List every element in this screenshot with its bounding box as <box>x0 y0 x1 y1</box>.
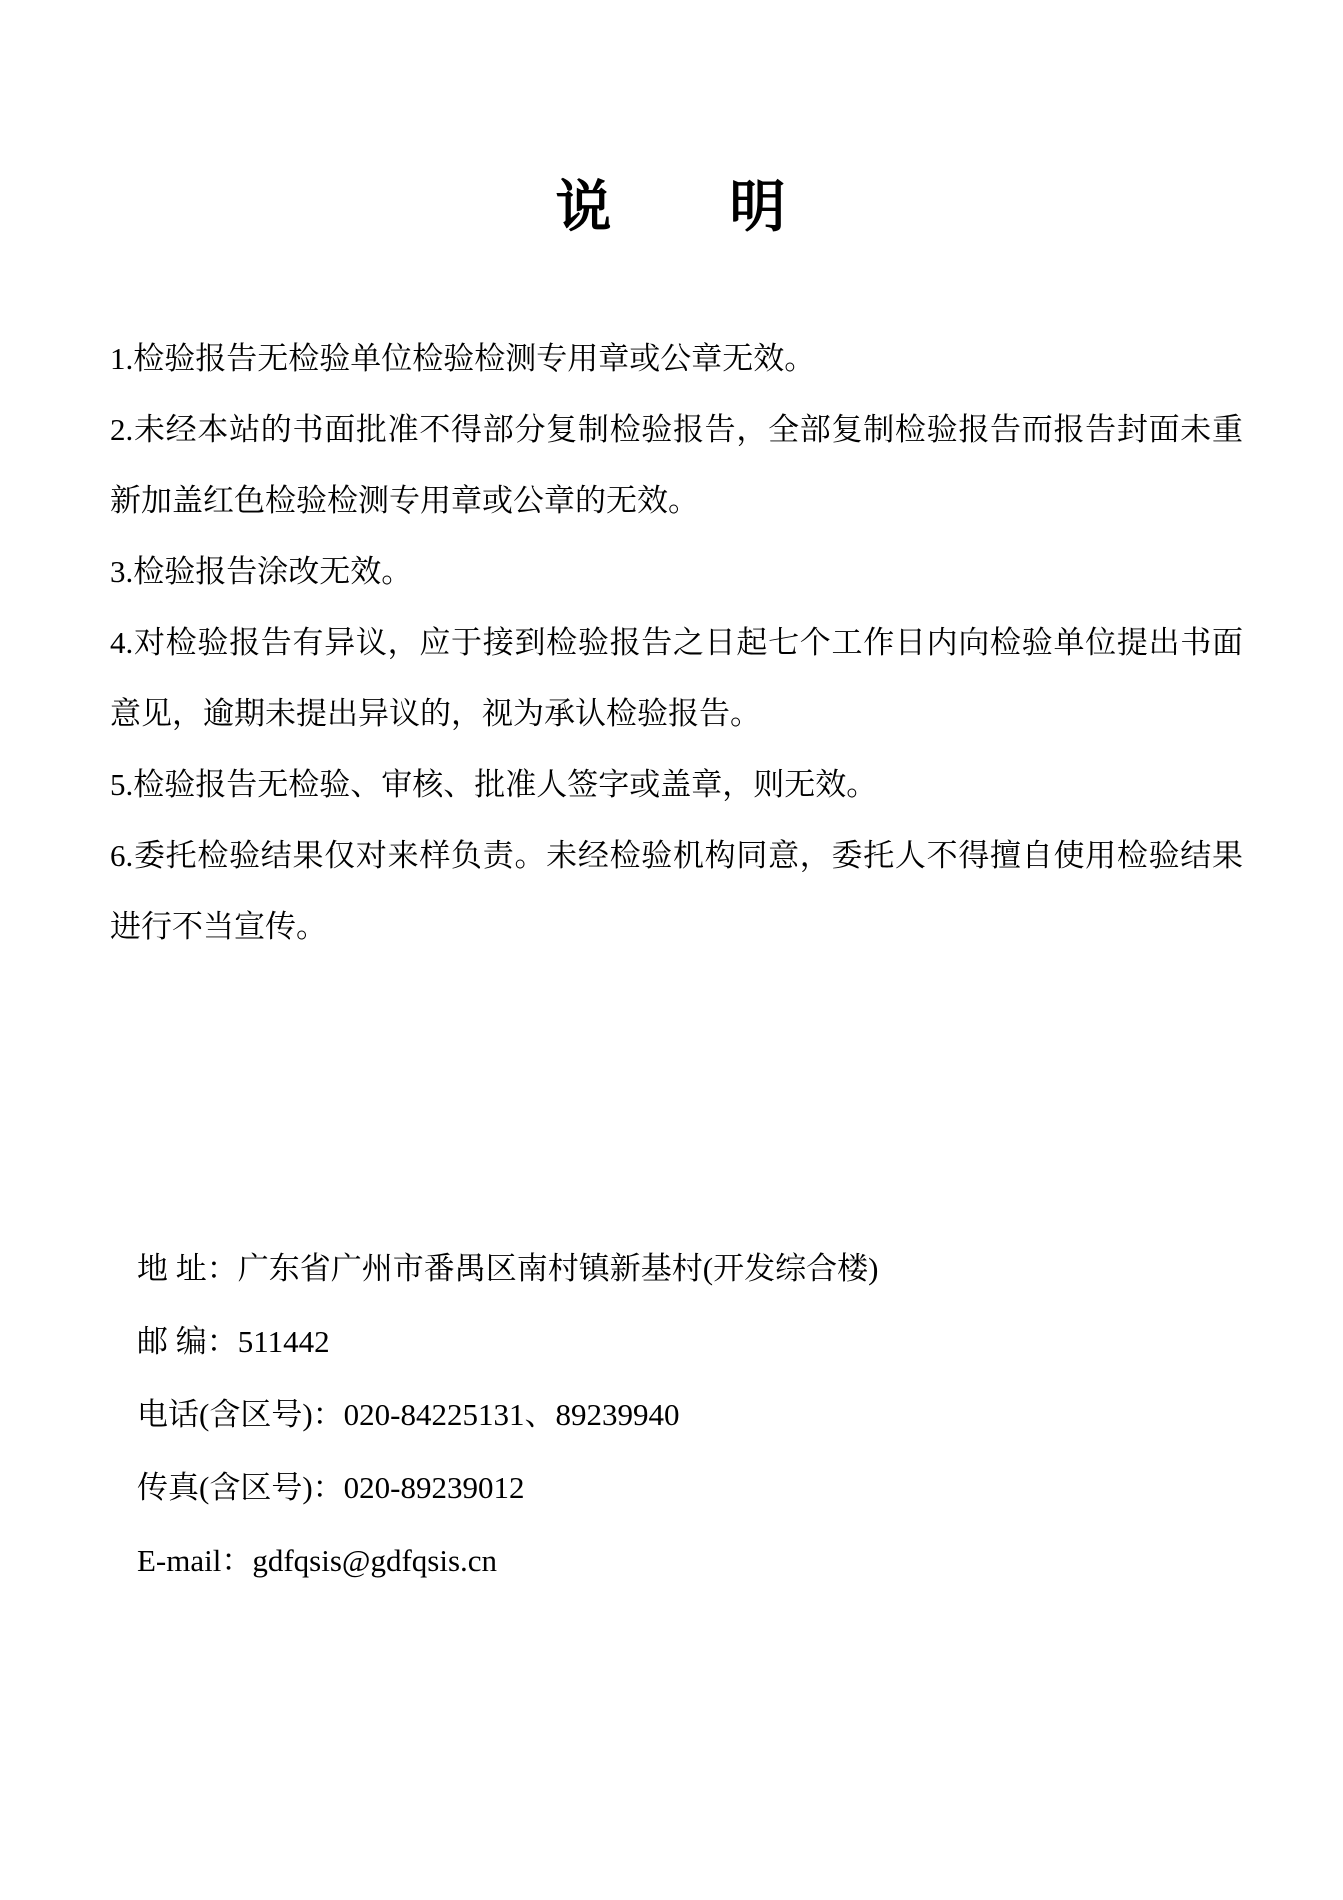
contact-email: E-mail：gdfqsis@gdfqsis.cn <box>137 1524 1237 1597</box>
notice-item-1: 1.检验报告无检验单位检验检测专用章或公章无效。 <box>110 323 1243 394</box>
contact-info: 地 址：广东省广州市番禺区南村镇新基村(开发综合楼) 邮 编：511442 电话… <box>137 1232 1237 1597</box>
notice-item-6-line-2: 进行不当宣传。 <box>110 891 1243 962</box>
notice-item-5: 5.检验报告无检验、审核、批准人签字或盖章，则无效。 <box>110 749 1243 820</box>
contact-phone: 电话(含区号)：020-84225131、89239940 <box>137 1378 1237 1451</box>
contact-postcode: 邮 编：511442 <box>137 1305 1237 1378</box>
notice-item-4-line-2: 意见，逾期未提出异议的，视为承认检验报告。 <box>110 678 1243 749</box>
notice-item-2-line-2: 新加盖红色检验检测专用章或公章的无效。 <box>110 465 1243 536</box>
contact-address: 地 址：广东省广州市番禺区南村镇新基村(开发综合楼) <box>137 1232 1237 1305</box>
notice-item-3: 3.检验报告涂改无效。 <box>110 536 1243 607</box>
notice-item-2-line-1: 2.未经本站的书面批准不得部分复制检验报告，全部复制检验报告而报告封面未重 <box>110 394 1243 465</box>
contact-fax: 传真(含区号)：020-89239012 <box>137 1451 1237 1524</box>
page-title: 说 明 <box>0 180 1343 236</box>
document-page: 说 明 1.检验报告无检验单位检验检测专用章或公章无效。 2.未经本站的书面批准… <box>0 0 1343 1900</box>
notice-item-6-line-1: 6.委托检验结果仅对来样负责。未经检验机构同意，委托人不得擅自使用检验结果 <box>110 820 1243 891</box>
notice-item-4-line-1: 4.对检验报告有异议，应于接到检验报告之日起七个工作日内向检验单位提出书面 <box>110 607 1243 678</box>
notice-list: 1.检验报告无检验单位检验检测专用章或公章无效。 2.未经本站的书面批准不得部分… <box>110 323 1243 962</box>
